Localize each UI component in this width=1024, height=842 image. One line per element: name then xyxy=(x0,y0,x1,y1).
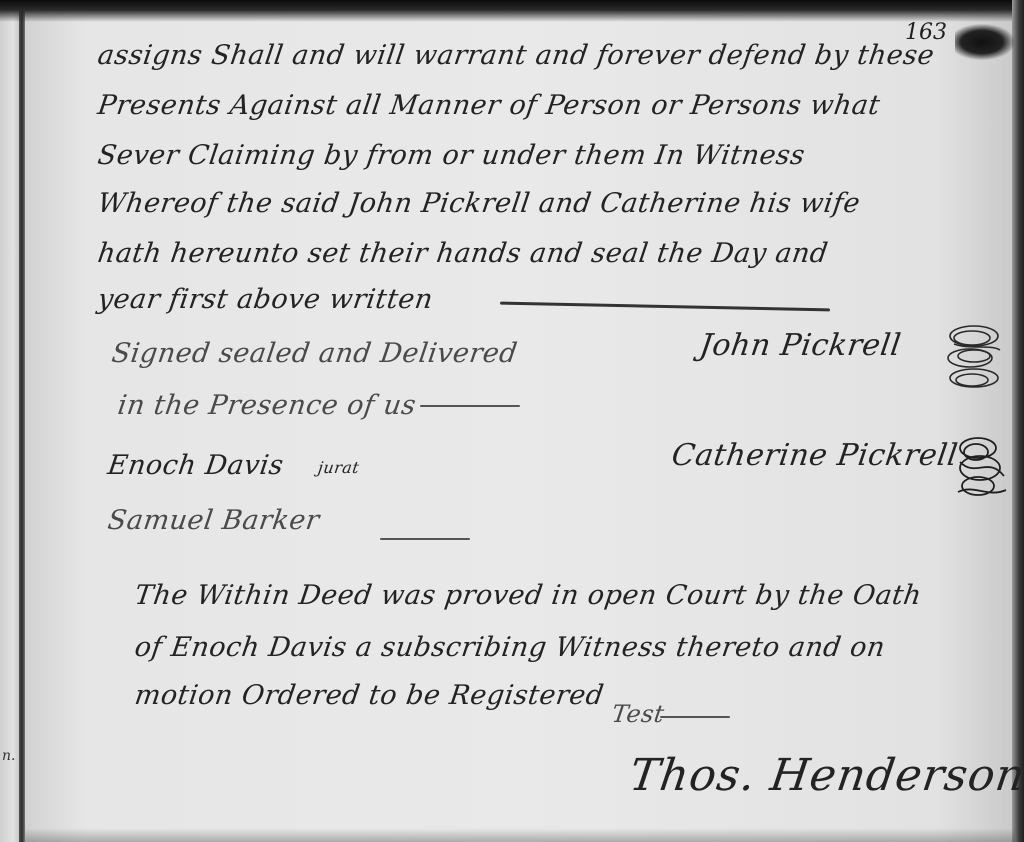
witness-1-name: Enoch Davis xyxy=(106,450,286,481)
court-line-3: motion Ordered to be Registered xyxy=(133,680,606,711)
right-scan-edge xyxy=(1012,0,1024,842)
struck-page-number-blot xyxy=(955,24,1015,60)
seal-icon xyxy=(948,432,1010,502)
court-line-1: The Within Deed was proved in open Court… xyxy=(133,580,924,611)
deed-line-3: Sever Claiming by from or under them In … xyxy=(96,140,807,171)
witness-rule xyxy=(380,538,470,540)
bottom-scan-shade xyxy=(25,828,1015,842)
seal-icon xyxy=(940,322,1008,392)
attestation-rule xyxy=(420,405,520,407)
clerk-signature: Thos. Henderson C.C. xyxy=(626,750,1024,801)
deed-line-5: hath hereunto set their hands and seal t… xyxy=(96,238,830,269)
scanned-page: n. 163 assigns Shall and will warrant an… xyxy=(0,0,1024,842)
test-label: Test xyxy=(610,700,666,728)
deed-line-6: year first above written xyxy=(96,284,435,315)
attestation-line-1: Signed sealed and Delivered xyxy=(110,338,520,369)
grantor-1-signature: John Pickrell xyxy=(698,328,904,363)
grantor-2-signature: Catherine Pickrell xyxy=(670,438,960,473)
attestation-line-2: in the Presence of us xyxy=(116,390,418,421)
margin-mark: n. xyxy=(2,748,15,764)
court-line-2: of Enoch Davis a subscribing Witness the… xyxy=(133,632,887,663)
test-rule xyxy=(660,716,730,718)
witness-2-name: Samuel Barker xyxy=(106,505,322,536)
witness-1-note: jurat xyxy=(317,458,361,477)
deed-line-1: assigns Shall and will warrant and forev… xyxy=(96,40,937,71)
top-scan-shadow xyxy=(0,0,1024,22)
ledger-page xyxy=(25,10,1015,842)
deed-line-2: Presents Against all Manner of Person or… xyxy=(96,90,882,121)
deed-line-4: Whereof the said John Pickrell and Cathe… xyxy=(96,188,862,219)
